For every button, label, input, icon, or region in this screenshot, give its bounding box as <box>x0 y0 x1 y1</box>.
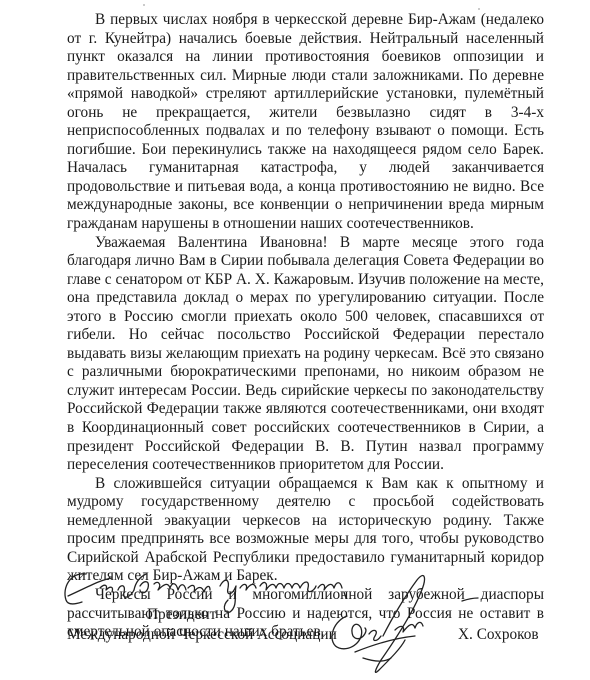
paragraph-appeal-history: Уважаемая Валентина Ивановна! В марте ме… <box>67 234 544 475</box>
signatory-organization: Международной Черкесской Ассоциации <box>67 626 337 644</box>
autograph-signature <box>325 570 465 680</box>
paragraph-fighting: В первых числах ноября в черкесской дере… <box>67 11 544 234</box>
scan-speck <box>143 4 145 6</box>
scan-speck <box>478 8 480 10</box>
letter-body: В первых числах ноября в черкесской дере… <box>67 11 544 642</box>
letter-page: В первых числах ноября в черкесской дере… <box>0 0 590 680</box>
signatory-title: Президент <box>147 606 216 624</box>
signatory-name: Х. Сохроков <box>458 626 539 644</box>
signature-dash <box>460 596 480 604</box>
